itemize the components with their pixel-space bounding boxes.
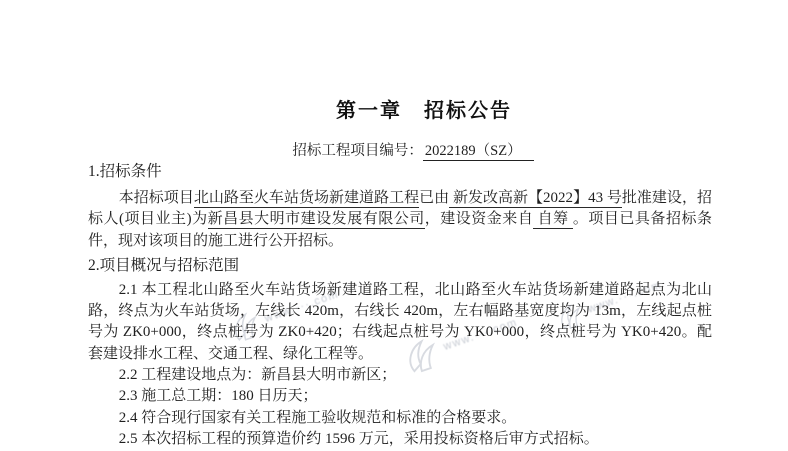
- underlined-text: 新昌县大明市建设发展有限公司: [208, 211, 425, 229]
- underlined-text: 自筹: [533, 211, 573, 229]
- section2-item: 2.1 本工程北山路至火车站货场新建道路工程，北山路至火车站货场新建道路起点为北…: [88, 280, 712, 365]
- chapter-title: 第一章 招标公告: [112, 94, 736, 123]
- document-body: 1.招标条件 本招标项目北山路至火车站货场新建道路工程已由 新发改高新【2022…: [88, 161, 712, 450]
- project-number-label: 招标工程项目编号：: [292, 143, 423, 159]
- text-run: 本招标项目: [119, 190, 194, 206]
- underlined-text: 北山路至火车站货场新建道路工程: [194, 190, 419, 208]
- text-run: ，建设资金来自: [425, 211, 534, 227]
- section1-paragraph: 本招标项目北山路至火车站货场新建道路工程已由 新发改高新【2022】43 号批准…: [88, 188, 712, 252]
- section2-item: 2.4 符合现行国家有关工程施工验收规范和标准的合格要求。: [88, 408, 712, 429]
- section-heading-2: 2.项目概况与招标范围: [88, 255, 712, 277]
- project-number-line: 招标工程项目编号：2022189（SZ）: [101, 139, 725, 160]
- document-page: www.···.com www.···.com www.···.com 第一章 …: [0, 0, 788, 451]
- project-number-value: 2022189（SZ）: [423, 143, 534, 161]
- section-heading-1: 1.招标条件: [88, 161, 712, 183]
- text-run: 已由: [419, 190, 449, 206]
- section2-item: 2.2 工程建设地点为：新昌县大明市新区；: [88, 365, 712, 386]
- section2-item: 2.5 本次招标工程的预算造价约 1596 万元，采用投标资格后审方式招标。: [88, 429, 712, 450]
- underlined-text: 新发改高新【2022】43 号: [449, 190, 622, 208]
- section2-item: 2.3 施工总工期：180 日历天；: [88, 386, 712, 407]
